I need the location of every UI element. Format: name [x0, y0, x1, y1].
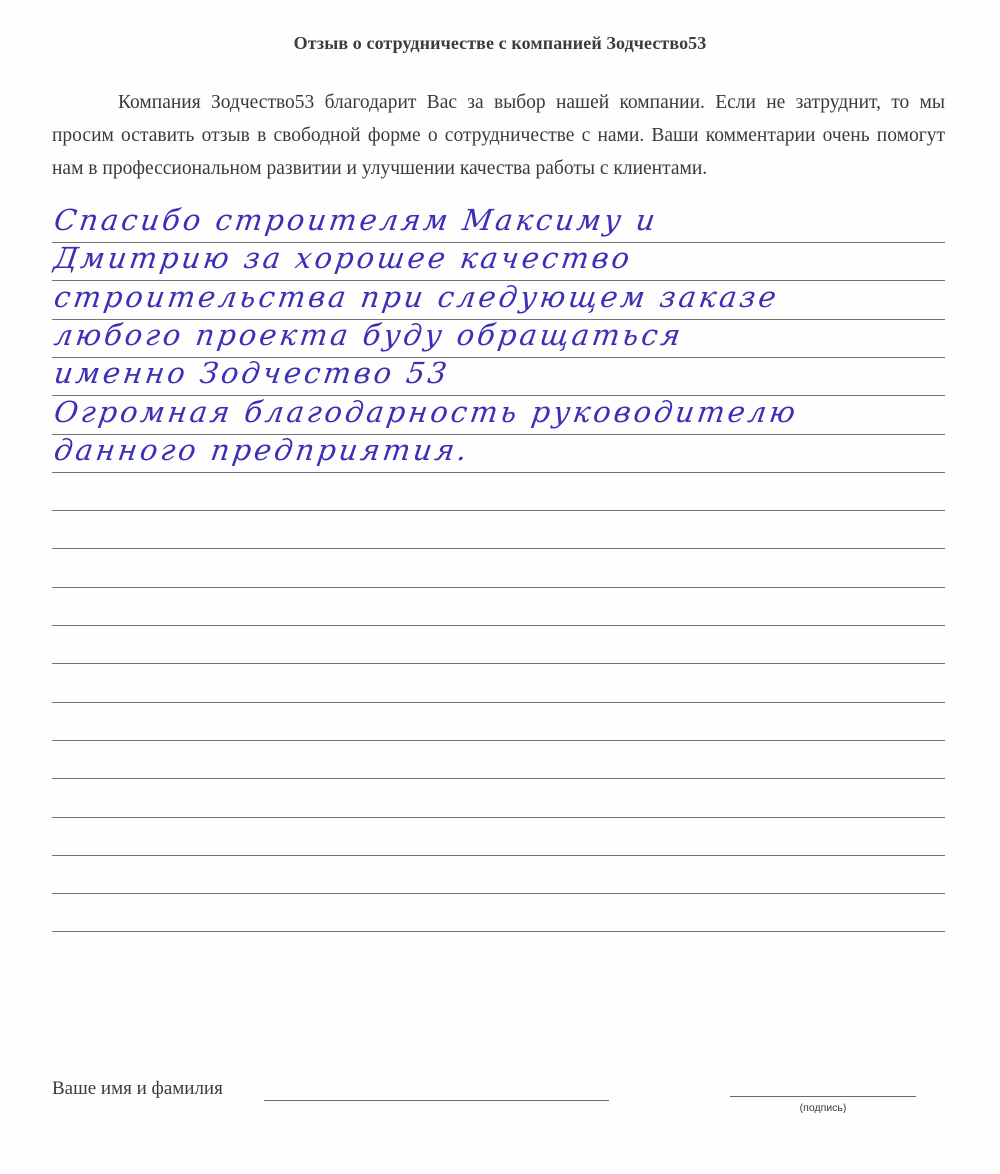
- ruled-line: [52, 548, 945, 549]
- ruled-line: [52, 778, 945, 779]
- name-field-line[interactable]: [264, 1100, 609, 1101]
- feedback-form-page: Отзыв о сотрудничестве с компанией Зодче…: [0, 0, 1000, 1174]
- name-field-label: Ваше имя и фамилия: [52, 1078, 223, 1100]
- ruled-line: [52, 931, 945, 932]
- ruled-line: [52, 663, 945, 664]
- handwritten-line: Дмитрию за хорошее качество: [52, 241, 635, 275]
- handwritten-line: строительства при следующем заказе: [52, 280, 781, 314]
- signature-field-line[interactable]: [730, 1096, 916, 1097]
- handwritten-line: любого проекта буду обращаться: [52, 318, 685, 352]
- handwritten-line: Огромная благодарность руководителю: [52, 395, 800, 429]
- ruled-line: [52, 625, 945, 626]
- handwritten-feedback: Спасибо строителям Максиму иДмитрию за х…: [52, 0, 962, 500]
- signature-caption: (подпись): [730, 1102, 916, 1114]
- handwritten-line: именно Зодчество 53: [52, 356, 452, 390]
- handwritten-line: Спасибо строителям Максиму и: [52, 203, 660, 237]
- ruled-line: [52, 893, 945, 894]
- ruled-line: [52, 702, 945, 703]
- ruled-line: [52, 587, 945, 588]
- ruled-line: [52, 817, 945, 818]
- ruled-line: [52, 740, 945, 741]
- ruled-line: [52, 510, 945, 511]
- ruled-line: [52, 855, 945, 856]
- handwritten-line: данного предприятия.: [52, 433, 472, 467]
